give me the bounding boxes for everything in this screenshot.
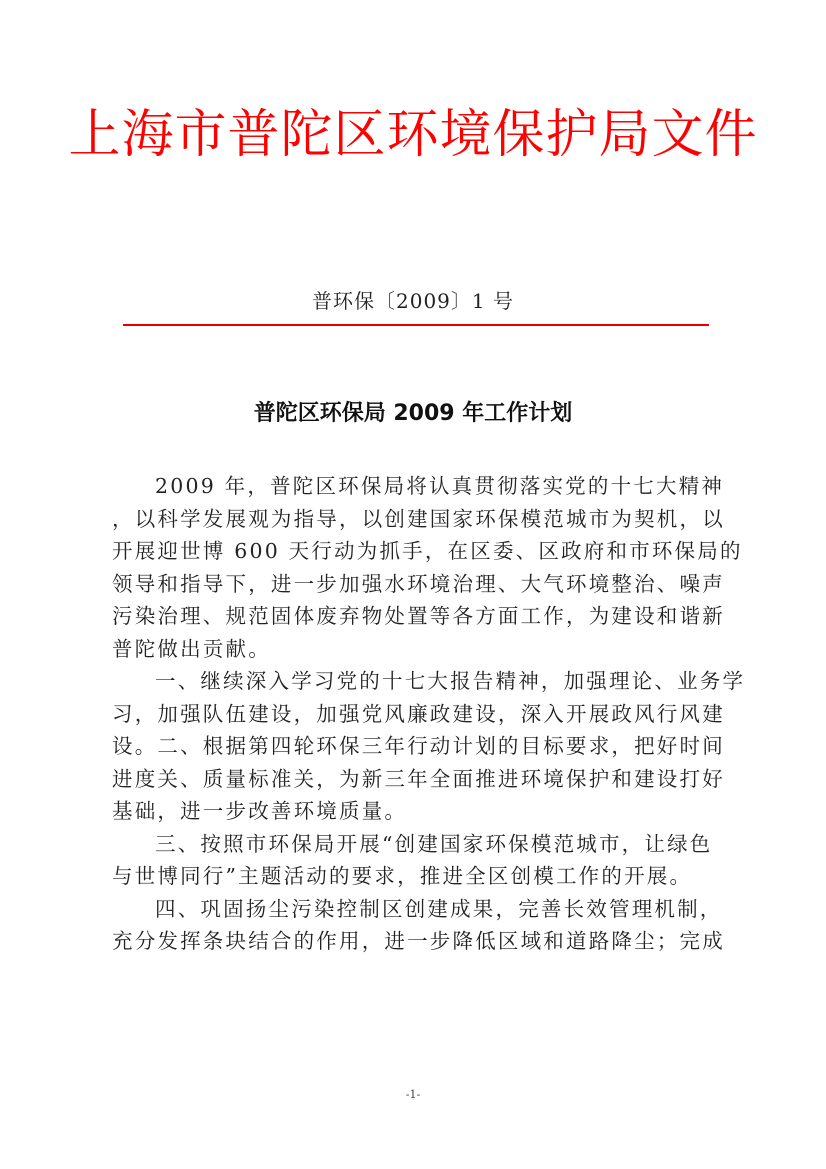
issuing-authority-header: 上海市普陀区环境保护局文件 [0,100,826,170]
body-line: ，以科学发展观为指导，以创建国家环保模范城市为契机，以 [112,503,716,536]
document-title: 普陀区环保局 2009 年工作计划 [0,398,826,430]
red-divider-line [123,324,709,326]
document-number: 普环保〔2009〕1 号 [0,286,826,316]
document-body: 2009 年，普陀区环保局将认真贯彻落实党的十七大精神 ，以科学发展观为指导，以… [112,470,716,958]
body-line: 普陀做出贡献。 [112,633,716,666]
body-line: 污染治理、规范固体废弃物处置等各方面工作，为建设和谐新 [112,600,716,633]
body-line: 进度关、质量标准关，为新三年全面推进环境保护和建设打好 [112,763,716,796]
body-line: 基础，进一步改善环境质量。 [112,795,716,828]
body-line: 习，加强队伍建设，加强党风廉政建设，深入开展政风行风建 [112,698,716,731]
body-line: 与世博同行”主题活动的要求，推进全区创模工作的开展。 [112,860,716,893]
body-line: 设。二、根据第四轮环保三年行动计划的目标要求，把好时间 [112,730,716,763]
body-line: 三、按照市环保局开展“创建国家环保模范城市，让绿色 [112,828,716,861]
body-line: 一、继续深入学习党的十七大报告精神，加强理论、业务学 [112,665,716,698]
body-line: 领导和指导下，进一步加强水环境治理、大气环境整治、噪声 [112,568,716,601]
body-line: 四、巩固扬尘污染控制区创建成果，完善长效管理机制， [112,893,716,926]
page-number: -1- [0,1088,826,1101]
body-line: 2009 年，普陀区环保局将认真贯彻落实党的十七大精神 [112,470,716,503]
body-line: 开展迎世博 600 天行动为抓手，在区委、区政府和市环保局的 [112,535,716,568]
body-line: 充分发挥条块结合的作用，进一步降低区域和道路降尘；完成 [112,925,716,958]
